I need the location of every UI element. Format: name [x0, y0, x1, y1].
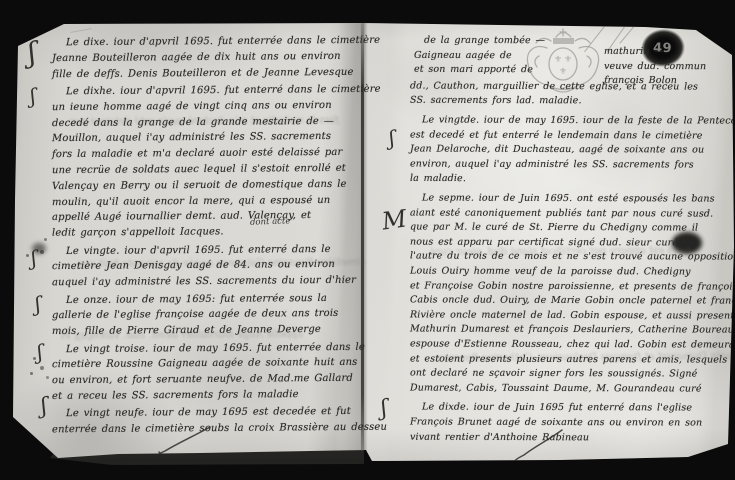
scanned-register-spread: ⚜ ⚜ ⚜ 49 fors la maladie et m'a declaré …: [0, 0, 735, 480]
manuscript-line: et son mari apporté de: [414, 65, 533, 76]
fleur-de-lis-icon: ⚜: [554, 55, 562, 65]
manuscript-line: auquel i'ay administré les SS. sacrement…: [52, 275, 356, 288]
manuscript-line: Le onze. iour de may 1695: fut enterrée …: [66, 293, 327, 306]
manuscript-line: est decedé et fut enterré le lendemain d…: [410, 130, 703, 141]
manuscript-line: Le dixhe. iour d'apvril 1695. fut enterr…: [66, 84, 381, 97]
manuscript-line: Le dixe. iour d'apvril 1695. fut enterré…: [66, 35, 380, 48]
ink-speck: [33, 357, 36, 360]
manuscript-line: aiant esté canoniquement publiés tant pa…: [410, 208, 713, 219]
ink-speck: [26, 254, 29, 257]
manuscript-line: cimetière Roussine Gaigneau aagée de soi…: [52, 357, 358, 370]
manuscript-line: ou environ, et fort seruante neufve. de …: [52, 373, 353, 386]
fleur-de-lis-icon: ⚜: [559, 67, 567, 77]
ink-speck: [44, 238, 47, 241]
manuscript-line: Jeanne Bouteilleron aagée de dix huit an…: [52, 51, 341, 64]
manuscript-line: un ieune homme aagé de vingt cinq ans ou…: [52, 100, 332, 113]
manuscript-line: ledit garçon s'appelloit Iacques.: [52, 227, 224, 239]
marginal-note: dont acte: [250, 216, 291, 227]
manuscript-line: Rivière oncle maternel de lad. Gobin esp…: [410, 310, 735, 322]
manuscript-line: gallerie de l'eglise françoise aagée de …: [52, 308, 339, 321]
ink-speck: [46, 376, 49, 379]
pen-flourish: [504, 427, 574, 465]
manuscript-line: dd., Cauthon, marguillier de cette eglis…: [410, 81, 698, 92]
manuscript-line: Mouillon, auquel i'ay administré les SS.…: [52, 131, 331, 144]
manuscript-line: Le vingte. iour d'apvril 1695. fut enter…: [66, 244, 331, 257]
manuscript-line: Le sepme. iour de Juin 1695. ont esté es…: [422, 193, 715, 204]
manuscript-line: mathurin —: [604, 47, 664, 58]
manuscript-line: Gaigneau aagée de: [414, 50, 512, 61]
manuscript-line: environ, auquel i'ay administré les SS. …: [410, 159, 694, 170]
manuscript-line: Le vingt neufe. iour de may 1695 est dec…: [66, 406, 351, 419]
manuscript-line: ont declaré ne sçavoir signer fors les s…: [410, 369, 697, 380]
manuscript-line: de la grange tombée —: [424, 36, 545, 47]
manuscript-line: Dumarest, Cabis, Toussaint Daume, M. Gou…: [410, 383, 702, 394]
manuscript-line: Valençay en Berry ou il seruoit de domes…: [52, 179, 347, 192]
manuscript-line: Le dixde. iour de Juin 1695 fut enterré …: [422, 403, 692, 414]
manuscript-line: Le vingtde. iour de may 1695. iour de la…: [422, 115, 735, 127]
margin-paraphe: ʃ: [35, 340, 44, 365]
manuscript-line: la maladie.: [410, 174, 466, 185]
manuscript-line: SS. sacrements fors lad. maladie.: [410, 96, 582, 107]
manuscript-line: cimetière Jean Denisgay aagé de 84. ans …: [52, 259, 335, 272]
margin-paraphe: M: [380, 204, 408, 235]
manuscript-line: que par M. le curé de St. Pierre du Ched…: [410, 223, 698, 234]
manuscript-line: Cabis oncle dud. Ouiry, de Marie Gobin o…: [410, 296, 735, 308]
manuscript-line: et estoient presents plusieurs autres pa…: [410, 354, 727, 366]
manuscript-line: espouse d'Estienne Rousseau, chez qui la…: [410, 339, 735, 351]
manuscript-line: decedé dans la grange de la grande mesta…: [52, 115, 334, 128]
manuscript-line: et a receu les SS. sacrements fors la ma…: [52, 389, 299, 402]
manuscript-line: Le vingt troise. iour de may 1695. fut e…: [66, 341, 365, 354]
manuscript-line: veuve dud. commun: [604, 61, 706, 72]
ink-speck: [40, 250, 44, 254]
manuscript-line: une recrüe de soldats auec lequel il s'e…: [52, 163, 346, 176]
margin-paraphe: ʃ: [28, 84, 37, 109]
manuscript-line: fors la maladie et m'a declaré auoir est…: [52, 147, 343, 160]
fleur-de-lis-icon: ⚜: [564, 55, 572, 65]
manuscript-line: Louis Ouiry homme veuf de la paroisse du…: [410, 267, 691, 278]
margin-paraphe: ʃ: [33, 292, 42, 317]
manuscript-line: Mathurin Dumarest et françois Deslaurier…: [410, 325, 734, 337]
pencil-scribble: [70, 28, 92, 33]
manuscript-line: Jean Delaroche, dit Duchasteau, aagé de …: [410, 145, 704, 156]
manuscript-line: fille de deffs. Denis Bouteilleron et de…: [52, 66, 354, 79]
manuscript-line: l'autre du trois de ce mois et ne s'est …: [410, 252, 735, 264]
manuscript-paper: ⚜ ⚜ ⚜ 49 fors la maladie et m'a declaré …: [0, 0, 735, 480]
ink-stain: [113, 13, 121, 20]
manuscript-line: et Françoise Gobin nostre paroissienne, …: [410, 281, 735, 293]
margin-paraphe: ʃ: [26, 36, 38, 70]
ink-speck: [30, 372, 33, 375]
manuscript-line: moulin, qu'il auoit encor la mere, qui a…: [52, 195, 330, 208]
manuscript-line: nous est apparu par certificat signé dud…: [410, 237, 678, 248]
ink-speck: [40, 366, 44, 370]
margin-paraphe: ʃ: [39, 394, 48, 420]
